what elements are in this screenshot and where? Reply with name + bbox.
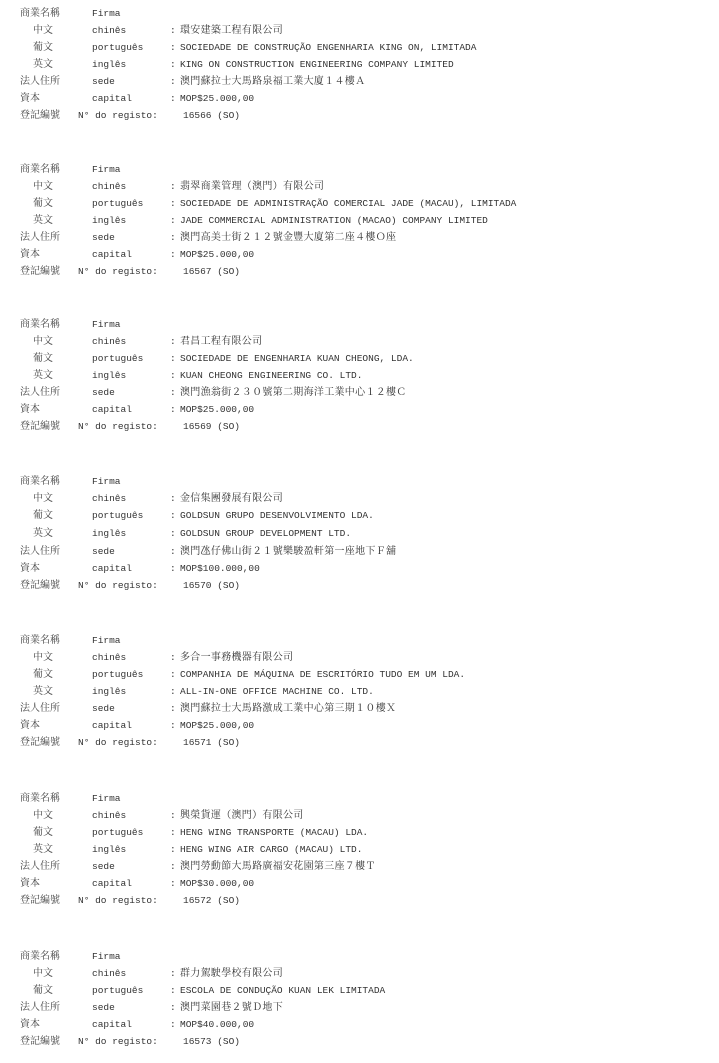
address-label-zh: 法人住所 bbox=[20, 999, 60, 1016]
company-entry: 商業名稱Firma 中文chinês:金信集團發展有限公司 葡文portuguê… bbox=[0, 473, 719, 594]
firma-label-pt: Firma bbox=[92, 948, 121, 965]
company-entry: 商業名稱Firma 中文chinês:君昌工程有限公司 葡文português:… bbox=[0, 316, 719, 435]
chinese-name: 君昌工程有限公司 bbox=[180, 333, 262, 350]
chinese-label-zh: 中文 bbox=[33, 649, 53, 666]
colon: : bbox=[170, 543, 176, 560]
colon: : bbox=[170, 965, 176, 982]
chinese-name: 環安建築工程有限公司 bbox=[180, 22, 283, 39]
english-label-zh: 英文 bbox=[33, 56, 53, 73]
firma-label-zh: 商業名稱 bbox=[20, 473, 60, 490]
english-label-zh: 英文 bbox=[33, 367, 53, 384]
registration-label-pt: N° do registo: bbox=[78, 107, 158, 124]
address-label-zh: 法人住所 bbox=[20, 73, 60, 90]
firma-label-zh: 商業名稱 bbox=[20, 948, 60, 965]
portuguese-name: COMPANHIA DE MÁQUINA DE ESCRITÓRIO TUDO … bbox=[180, 666, 465, 683]
portuguese-label-pt: português bbox=[92, 350, 143, 367]
capital-value: MOP$25.000,00 bbox=[180, 401, 254, 418]
portuguese-name: GOLDSUN GRUPO DESENVOLVIMENTO LDA. bbox=[180, 507, 374, 525]
capital-label-pt: capital bbox=[92, 90, 132, 107]
capital-label-zh: 資本 bbox=[20, 90, 40, 107]
address: 澳門漁翁街２３０號第二期海洋工業中心１２樓Ｃ bbox=[180, 384, 407, 401]
english-label-pt: inglês bbox=[92, 841, 126, 858]
colon: : bbox=[170, 367, 176, 384]
address-label-zh: 法人住所 bbox=[20, 543, 60, 560]
address-label-zh: 法人住所 bbox=[20, 229, 60, 246]
registration-number: 16567 (SO) bbox=[183, 263, 240, 280]
address: 澳門高美士街２１２號金豐大廈第二座４樓Ｏ座 bbox=[180, 229, 396, 246]
firma-label-pt: Firma bbox=[92, 161, 121, 178]
portuguese-label-zh: 葡文 bbox=[33, 195, 53, 212]
colon: : bbox=[170, 384, 176, 401]
colon: : bbox=[170, 333, 176, 350]
english-label-pt: inglês bbox=[92, 683, 126, 700]
registration-label-zh: 登記編號 bbox=[20, 107, 60, 124]
firma-label-pt: Firma bbox=[92, 632, 121, 649]
registration-label-pt: N° do registo: bbox=[78, 263, 158, 280]
registration-number: 16570 (SO) bbox=[183, 577, 240, 594]
registration-label-zh: 登記編號 bbox=[20, 734, 60, 751]
capital-value: MOP$30.000,00 bbox=[180, 875, 254, 892]
capital-value: MOP$25.000,00 bbox=[180, 90, 254, 107]
english-name: JADE COMMERCIAL ADMINISTRATION (MACAO) C… bbox=[180, 212, 488, 229]
portuguese-label-zh: 葡文 bbox=[33, 666, 53, 683]
portuguese-label-zh: 葡文 bbox=[33, 39, 53, 56]
colon: : bbox=[170, 507, 176, 525]
registration-number: 16571 (SO) bbox=[183, 734, 240, 751]
colon: : bbox=[170, 56, 176, 73]
address-label-zh: 法人住所 bbox=[20, 858, 60, 875]
colon: : bbox=[170, 73, 176, 90]
colon: : bbox=[170, 717, 176, 734]
portuguese-label-zh: 葡文 bbox=[33, 824, 53, 841]
capital-label-pt: capital bbox=[92, 401, 132, 418]
english-name: KING ON CONSTRUCTION ENGINEERING COMPANY… bbox=[180, 56, 454, 73]
portuguese-name: SOCIEDADE DE ENGENHARIA KUAN CHEONG, LDA… bbox=[180, 350, 414, 367]
address-label-pt: sede bbox=[92, 229, 115, 246]
firma-label-zh: 商業名稱 bbox=[20, 5, 60, 22]
chinese-label-pt: chinês bbox=[92, 807, 126, 824]
capital-label-pt: capital bbox=[92, 246, 132, 263]
registration-label-zh: 登記編號 bbox=[20, 263, 60, 280]
english-name: KUAN CHEONG ENGINEERING CO. LTD. bbox=[180, 367, 362, 384]
firma-label-zh: 商業名稱 bbox=[20, 316, 60, 333]
chinese-name: 興榮貨運（澳門）有限公司 bbox=[180, 807, 304, 824]
capital-label-zh: 資本 bbox=[20, 246, 40, 263]
english-label-pt: inglês bbox=[92, 367, 126, 384]
capital-label-zh: 資本 bbox=[20, 560, 40, 577]
chinese-label-pt: chinês bbox=[92, 22, 126, 39]
colon: : bbox=[170, 195, 176, 212]
address-label-pt: sede bbox=[92, 999, 115, 1016]
portuguese-label-pt: português bbox=[92, 195, 143, 212]
english-label-zh: 英文 bbox=[33, 841, 53, 858]
capital-value: MOP$100.000,00 bbox=[180, 560, 260, 577]
colon: : bbox=[170, 858, 176, 875]
portuguese-label-pt: português bbox=[92, 507, 143, 525]
colon: : bbox=[170, 999, 176, 1016]
registration-label-zh: 登記編號 bbox=[20, 418, 60, 435]
registration-number: 16569 (SO) bbox=[183, 418, 240, 435]
chinese-name: 多合一事務機器有限公司 bbox=[180, 649, 293, 666]
address-label-zh: 法人住所 bbox=[20, 700, 60, 717]
portuguese-label-pt: português bbox=[92, 39, 143, 56]
colon: : bbox=[170, 22, 176, 39]
portuguese-label-zh: 葡文 bbox=[33, 350, 53, 367]
colon: : bbox=[170, 824, 176, 841]
chinese-name: 翡翠商業管理（澳門）有限公司 bbox=[180, 178, 324, 195]
capital-label-zh: 資本 bbox=[20, 875, 40, 892]
firma-label-pt: Firma bbox=[92, 316, 121, 333]
firma-label-zh: 商業名稱 bbox=[20, 790, 60, 807]
colon: : bbox=[170, 666, 176, 683]
company-entry: 商業名稱Firma 中文chinês:多合一事務機器有限公司 葡文portugu… bbox=[0, 632, 719, 751]
english-label-zh: 英文 bbox=[33, 683, 53, 700]
colon: : bbox=[170, 178, 176, 195]
registration-number: 16566 (SO) bbox=[183, 107, 240, 124]
capital-value: MOP$25.000,00 bbox=[180, 246, 254, 263]
chinese-label-zh: 中文 bbox=[33, 178, 53, 195]
firma-label-pt: Firma bbox=[92, 790, 121, 807]
english-name: ALL-IN-ONE OFFICE MACHINE CO. LTD. bbox=[180, 683, 374, 700]
colon: : bbox=[170, 807, 176, 824]
chinese-label-pt: chinês bbox=[92, 490, 126, 507]
colon: : bbox=[170, 350, 176, 367]
registration-number: 16573 (SO) bbox=[183, 1033, 240, 1050]
company-entry: 商業名稱Firma 中文chinês:翡翠商業管理（澳門）有限公司 葡文port… bbox=[0, 161, 719, 280]
company-entry: 商業名稱Firma 中文chinês:環安建築工程有限公司 葡文portuguê… bbox=[0, 5, 719, 124]
portuguese-label-pt: português bbox=[92, 824, 143, 841]
registration-number: 16572 (SO) bbox=[183, 892, 240, 909]
colon: : bbox=[170, 1016, 176, 1033]
address-label-pt: sede bbox=[92, 73, 115, 90]
chinese-label-pt: chinês bbox=[92, 649, 126, 666]
registration-label-zh: 登記編號 bbox=[20, 892, 60, 909]
registration-label-pt: N° do registo: bbox=[78, 892, 158, 909]
portuguese-label-pt: português bbox=[92, 666, 143, 683]
colon: : bbox=[170, 212, 176, 229]
address: 澳門菜園巷２號Ｄ地下 bbox=[180, 999, 283, 1016]
colon: : bbox=[170, 683, 176, 700]
chinese-label-zh: 中文 bbox=[33, 22, 53, 39]
capital-label-pt: capital bbox=[92, 560, 132, 577]
capital-value: MOP$25.000,00 bbox=[180, 717, 254, 734]
company-entry: 商業名稱Firma 中文chinês:興榮貨運（澳門）有限公司 葡文portug… bbox=[0, 790, 719, 909]
registration-label-zh: 登記編號 bbox=[20, 1033, 60, 1050]
registration-label-pt: N° do registo: bbox=[78, 734, 158, 751]
chinese-label-pt: chinês bbox=[92, 178, 126, 195]
capital-label-pt: capital bbox=[92, 875, 132, 892]
english-label-zh: 英文 bbox=[33, 525, 53, 543]
colon: : bbox=[170, 875, 176, 892]
portuguese-name: SOCIEDADE DE ADMINISTRAÇÃO COMERCIAL JAD… bbox=[180, 195, 516, 212]
address: 澳門勞動節大馬路廣福安花園第三座７樓Ｔ bbox=[180, 858, 376, 875]
colon: : bbox=[170, 90, 176, 107]
capital-label-zh: 資本 bbox=[20, 717, 40, 734]
english-label-pt: inglês bbox=[92, 56, 126, 73]
colon: : bbox=[170, 401, 176, 418]
registration-label-zh: 登記編號 bbox=[20, 577, 60, 594]
company-entry: 商業名稱Firma 中文chinês:群力駕駛學校有限公司 葡文portuguê… bbox=[0, 948, 719, 1050]
address-label-pt: sede bbox=[92, 700, 115, 717]
colon: : bbox=[170, 229, 176, 246]
portuguese-label-pt: português bbox=[92, 982, 143, 999]
english-name: HENG WING AIR CARGO (MACAU) LTD. bbox=[180, 841, 362, 858]
chinese-name: 金信集團發展有限公司 bbox=[180, 490, 283, 507]
portuguese-name: SOCIEDADE DE CONSTRUÇÃO ENGENHARIA KING … bbox=[180, 39, 476, 56]
capital-label-zh: 資本 bbox=[20, 1016, 40, 1033]
colon: : bbox=[170, 39, 176, 56]
portuguese-label-zh: 葡文 bbox=[33, 507, 53, 525]
english-label-pt: inglês bbox=[92, 525, 126, 543]
chinese-label-zh: 中文 bbox=[33, 490, 53, 507]
address-label-zh: 法人住所 bbox=[20, 384, 60, 401]
colon: : bbox=[170, 982, 176, 999]
chinese-label-pt: chinês bbox=[92, 333, 126, 350]
english-name: GOLDSUN GROUP DEVELOPMENT LTD. bbox=[180, 525, 351, 543]
capital-label-zh: 資本 bbox=[20, 401, 40, 418]
address-label-pt: sede bbox=[92, 543, 115, 560]
address-label-pt: sede bbox=[92, 858, 115, 875]
english-label-zh: 英文 bbox=[33, 212, 53, 229]
registration-label-pt: N° do registo: bbox=[78, 1033, 158, 1050]
chinese-name: 群力駕駛學校有限公司 bbox=[180, 965, 283, 982]
address: 澳門氹仔佛山街２１號樂駿盈軒第一座地下Ｆ舖 bbox=[180, 543, 396, 560]
capital-label-pt: capital bbox=[92, 717, 132, 734]
address: 澳門蘇拉士大馬路泉福工業大廈１４樓Ａ bbox=[180, 73, 365, 90]
portuguese-name: HENG WING TRANSPORTE (MACAU) LDA. bbox=[180, 824, 368, 841]
firma-label-zh: 商業名稱 bbox=[20, 161, 60, 178]
firma-label-pt: Firma bbox=[92, 473, 121, 490]
colon: : bbox=[170, 841, 176, 858]
portuguese-name: ESCOLA DE CONDUÇÃO KUAN LEK LIMITADA bbox=[180, 982, 385, 999]
address: 澳門蘇拉士大馬路激成工業中心第三期１０樓Ｘ bbox=[180, 700, 396, 717]
chinese-label-zh: 中文 bbox=[33, 807, 53, 824]
english-label-pt: inglês bbox=[92, 212, 126, 229]
registration-label-pt: N° do registo: bbox=[78, 418, 158, 435]
firma-label-pt: Firma bbox=[92, 5, 121, 22]
capital-value: MOP$40.000,00 bbox=[180, 1016, 254, 1033]
chinese-label-zh: 中文 bbox=[33, 965, 53, 982]
capital-label-pt: capital bbox=[92, 1016, 132, 1033]
colon: : bbox=[170, 490, 176, 507]
address-label-pt: sede bbox=[92, 384, 115, 401]
chinese-label-pt: chinês bbox=[92, 965, 126, 982]
colon: : bbox=[170, 700, 176, 717]
colon: : bbox=[170, 560, 176, 577]
colon: : bbox=[170, 525, 176, 543]
firma-label-zh: 商業名稱 bbox=[20, 632, 60, 649]
portuguese-label-zh: 葡文 bbox=[33, 982, 53, 999]
chinese-label-zh: 中文 bbox=[33, 333, 53, 350]
colon: : bbox=[170, 649, 176, 666]
registration-label-pt: N° do registo: bbox=[78, 577, 158, 594]
colon: : bbox=[170, 246, 176, 263]
